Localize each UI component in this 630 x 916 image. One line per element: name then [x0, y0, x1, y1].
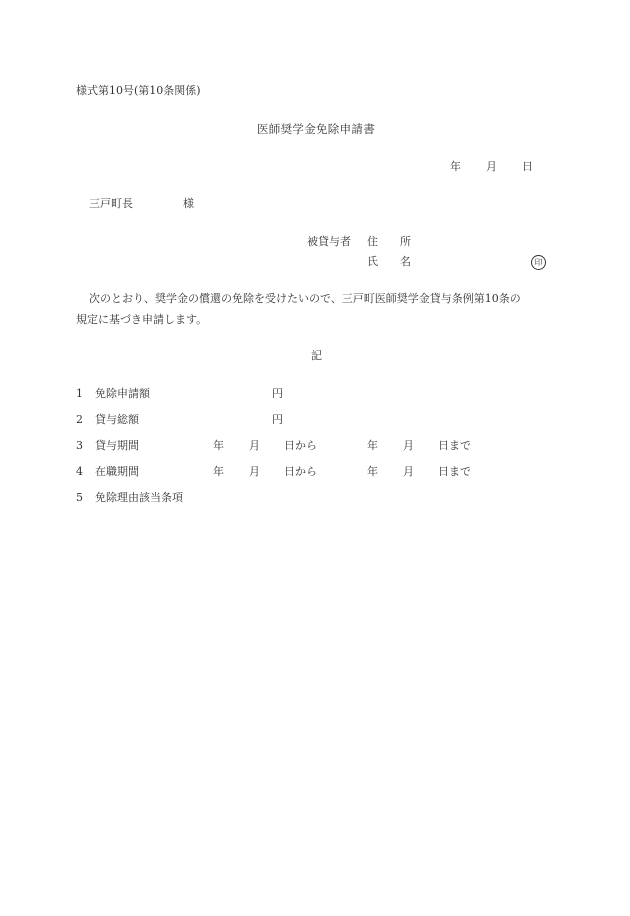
item-label: 免除理由該当条項 — [95, 491, 183, 505]
seal-icon: 印 — [531, 255, 546, 270]
item-number: 4 — [76, 465, 83, 479]
from-month: 月 — [249, 465, 260, 479]
item-label: 在職期間 — [95, 465, 139, 479]
name-label-2: 名 — [400, 255, 411, 269]
date-month-label: 月 — [486, 160, 497, 174]
from-month: 月 — [249, 439, 260, 453]
to-month: 月 — [403, 439, 414, 453]
addressee-honorific: 様 — [183, 197, 194, 211]
item-number: 3 — [76, 439, 83, 453]
item-unit: 円 — [272, 387, 283, 401]
applicant-role: 被貸与者 — [307, 235, 351, 249]
to-year: 年 — [367, 465, 378, 479]
name-label-1: 氏 — [367, 255, 378, 269]
from-day: 日から — [284, 439, 317, 453]
from-year: 年 — [213, 439, 224, 453]
date-year-label: 年 — [450, 160, 461, 174]
item-number: 2 — [76, 413, 83, 427]
document-title: 医師奨学金免除申請書 — [257, 122, 375, 136]
item-label: 免除申請額 — [95, 387, 150, 401]
item-number: 1 — [76, 387, 83, 401]
ki-heading: 記 — [311, 349, 322, 363]
item-label: 貸与期間 — [95, 439, 139, 453]
body-line-2: 規定に基づき申請します。 — [76, 313, 207, 327]
body-line-1: 次のとおり、奨学金の償還の免除を受けたいので、三戸町医師奨学金貸与条例第10条の — [89, 292, 521, 306]
address-label-1: 住 — [367, 235, 378, 249]
form-label: 様式第10号(第10条関係) — [76, 84, 201, 98]
address-label-2: 所 — [400, 235, 411, 249]
to-year: 年 — [367, 439, 378, 453]
from-day: 日から — [284, 465, 317, 479]
item-label: 貸与総額 — [95, 413, 139, 427]
item-number: 5 — [76, 491, 83, 505]
to-day: 日まで — [438, 465, 471, 479]
to-month: 月 — [403, 465, 414, 479]
item-unit: 円 — [272, 413, 283, 427]
addressee-name: 三戸町長 — [89, 197, 133, 211]
from-year: 年 — [213, 465, 224, 479]
seal-mark: 印 — [531, 255, 546, 270]
date-day-label: 日 — [522, 160, 533, 174]
to-day: 日まで — [438, 439, 471, 453]
